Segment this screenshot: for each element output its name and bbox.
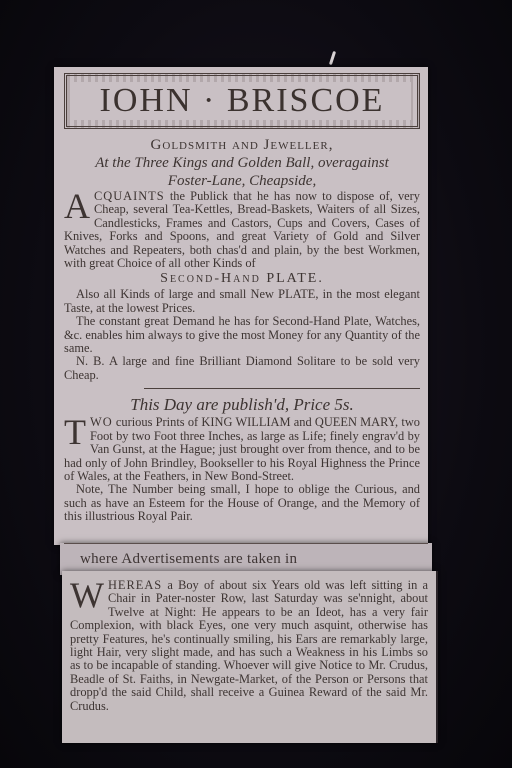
ad3-missing-boy-paragraph: WHEREAS a Boy of about six Years old was… [70, 579, 428, 713]
ad1-paragraph-demand: The constant great Demand he has for Sec… [64, 315, 420, 355]
ad2-body-text: curious Prints of KING WILLIAM and QUEEN… [64, 415, 420, 483]
ad3-body-text: a Boy of about six Years old was left si… [70, 578, 428, 713]
ad1-intro-paragraph: ACQUAINTS the Publick that he has now to… [64, 190, 420, 270]
ad2-lead-word: WO [90, 415, 113, 429]
ad1-paragraph-new-plate: Also all Kinds of large and small New PL… [64, 288, 420, 315]
ad1-lead-word: CQUAINTS [94, 189, 165, 203]
ad2-prints-paragraph: TWO curious Prints of KING WILLIAM and Q… [64, 416, 420, 483]
dropcap-a: A [64, 192, 90, 220]
trade-subtitle: Goldsmith and Jeweller, [64, 137, 420, 154]
section-divider [144, 388, 420, 389]
address-line-1: At the Three Kings and Golden Ball, over… [64, 154, 420, 172]
dropcap-t: T [64, 418, 86, 446]
publication-heading: This Day are publish'd, Price 5s. [64, 395, 420, 415]
ad3-lead-word: HEREAS [108, 578, 162, 592]
address-line-2: Foster-Lane, Cheapside, [64, 172, 420, 190]
ad1-paragraph-nb: N. B. A large and fine Brilliant Diamond… [64, 355, 420, 382]
clipping-upper-section: IOHN · BRISCOE Goldsmith and Jeweller, A… [54, 67, 428, 545]
advertiser-name-title: IOHN · BRISCOE [73, 82, 411, 120]
advertisements-strip-text: where Advertisements are taken in [80, 551, 297, 568]
dropcap-w: W [70, 581, 104, 609]
ad2-note-paragraph: Note, The Number being small, I hope to … [64, 483, 420, 523]
clipping-lower-section: WHEREAS a Boy of about six Years old was… [62, 571, 438, 743]
strip-rule [64, 543, 428, 544]
ornamental-title-border: IOHN · BRISCOE [64, 73, 420, 129]
second-hand-plate-heading: Second-Hand PLATE. [64, 271, 420, 287]
